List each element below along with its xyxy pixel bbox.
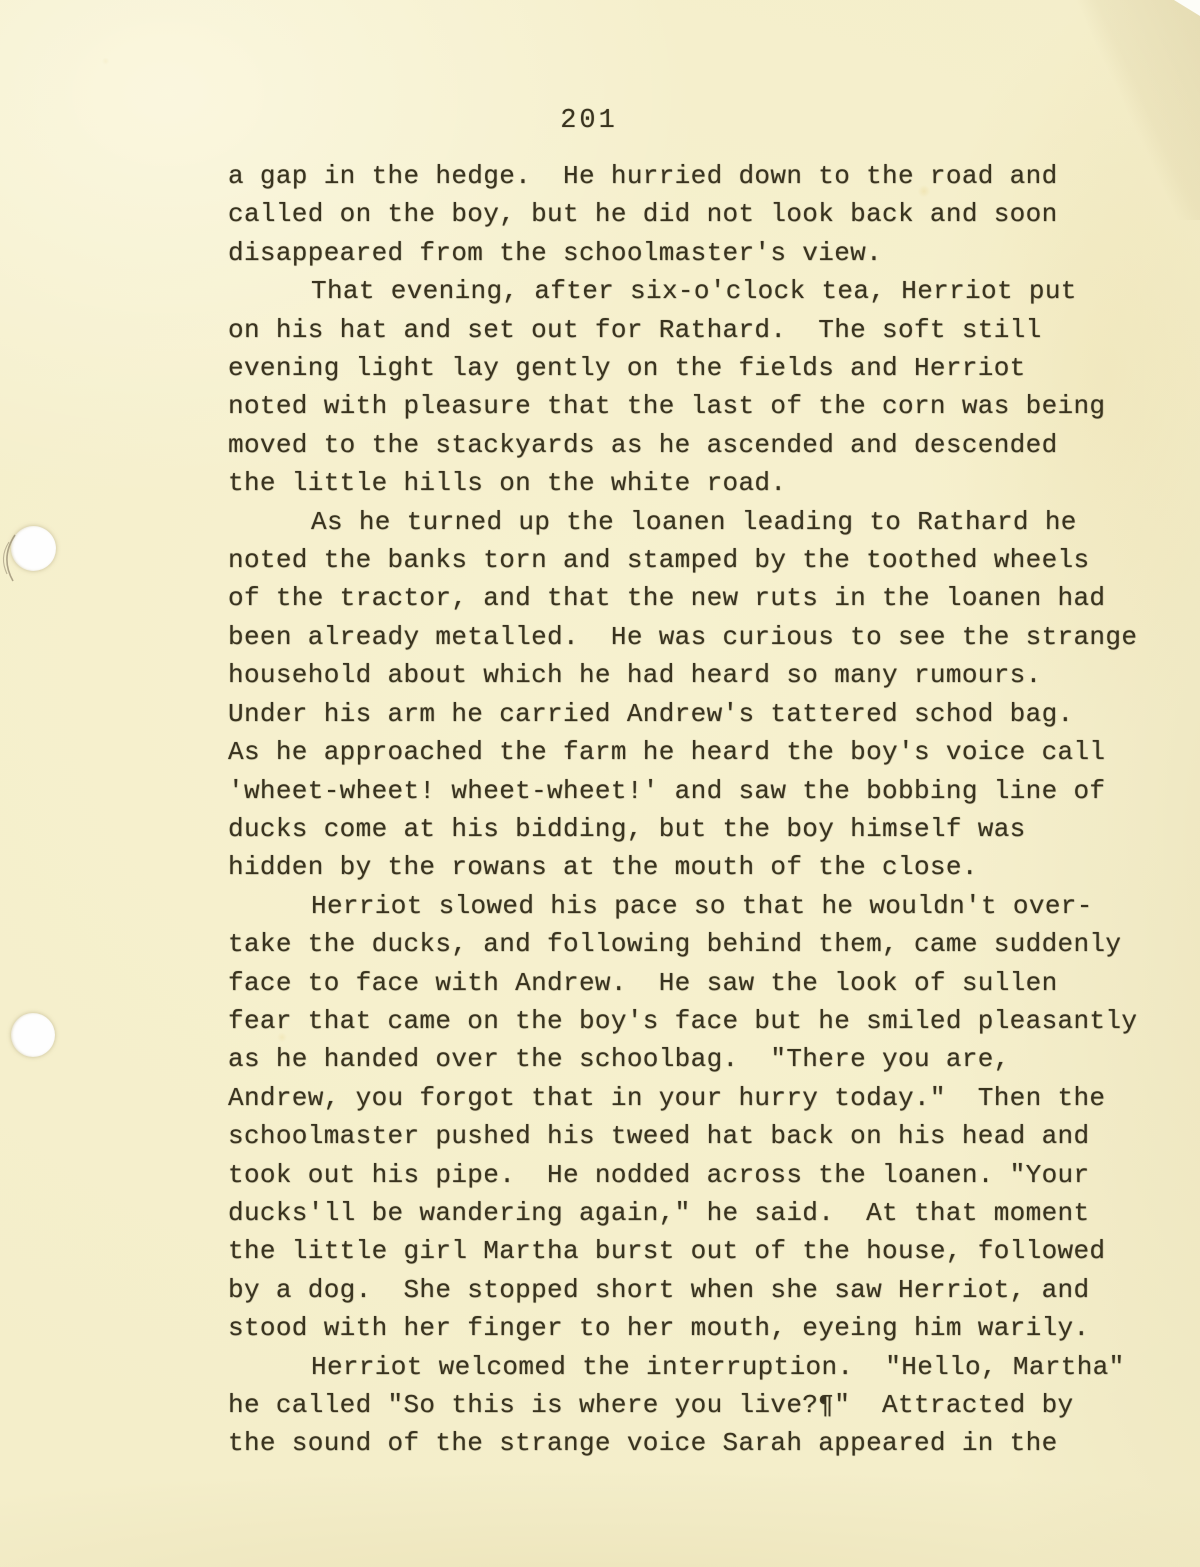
- page-corner-tip: [1174, 0, 1200, 16]
- text-line: a gap in the hedge. He hurried down to t…: [228, 157, 1163, 195]
- text-line: Herriot slowed his pace so that he would…: [228, 887, 1163, 925]
- text-line: took out his pipe. He nodded across the …: [228, 1156, 1163, 1194]
- text-line: as he handed over the schoolbag. "There …: [228, 1040, 1163, 1078]
- text-line: hidden by the rowans at the mouth of the…: [228, 848, 1163, 886]
- text-line: ducks come at his bidding, but the boy h…: [228, 810, 1163, 848]
- text-line: schoolmaster pushed his tweed hat back o…: [228, 1117, 1163, 1155]
- text-block: a gap in the hedge. He hurried down to t…: [228, 157, 1163, 1463]
- text-line: disappeared from the schoolmaster's view…: [228, 234, 1163, 272]
- text-line: the little hills on the white road.: [228, 464, 1163, 502]
- text-line: by a dog. She stopped short when she saw…: [228, 1271, 1163, 1309]
- text-line: called on the boy, but he did not look b…: [228, 195, 1163, 233]
- text-line: been already metalled. He was curious to…: [228, 618, 1163, 656]
- text-line: of the tractor, and that the new ruts in…: [228, 579, 1163, 617]
- manuscript-page: 201 a gap in the hedge. He hurried down …: [0, 0, 1200, 1567]
- text-line: evening light lay gently on the fields a…: [228, 349, 1163, 387]
- text-line: stood with her finger to her mouth, eyei…: [228, 1309, 1163, 1347]
- text-line: the sound of the strange voice Sarah app…: [228, 1424, 1163, 1462]
- text-line: fear that came on the boy's face but he …: [228, 1002, 1163, 1040]
- text-line: face to face with Andrew. He saw the loo…: [228, 964, 1163, 1002]
- text-line: noted with pleasure that the last of the…: [228, 387, 1163, 425]
- pencil-mark: [0, 532, 22, 584]
- text-line: Herriot welcomed the interruption. "Hell…: [228, 1348, 1163, 1386]
- text-line: ducks'll be wandering again," he said. A…: [228, 1194, 1163, 1232]
- paragraph: Herriot welcomed the interruption. "Hell…: [228, 1348, 1163, 1463]
- text-line: As he approached the farm he heard the b…: [228, 733, 1163, 771]
- text-line: noted the banks torn and stamped by the …: [228, 541, 1163, 579]
- text-line: 'wheet-wheet! wheet-wheet!' and saw the …: [228, 772, 1163, 810]
- text-line: That evening, after six-o'clock tea, Her…: [228, 272, 1163, 310]
- text-line: As he turned up the loanen leading to Ra…: [228, 503, 1163, 541]
- text-line: the little girl Martha burst out of the …: [228, 1232, 1163, 1270]
- paragraph: That evening, after six-o'clock tea, Her…: [228, 272, 1163, 502]
- text-line: he called "So this is where you live?¶" …: [228, 1386, 1163, 1424]
- text-line: Under his arm he carried Andrew's tatter…: [228, 695, 1163, 733]
- text-line: household about which he had heard so ma…: [228, 656, 1163, 694]
- hole-punch-bottom: [11, 1013, 55, 1057]
- paragraph: As he turned up the loanen leading to Ra…: [228, 503, 1163, 887]
- text-line: on his hat and set out for Rathard. The …: [228, 311, 1163, 349]
- page-number: 201: [0, 106, 1178, 136]
- text-line: take the ducks, and following behind the…: [228, 925, 1163, 963]
- paragraph: Herriot slowed his pace so that he would…: [228, 887, 1163, 1348]
- paragraph: a gap in the hedge. He hurried down to t…: [228, 157, 1163, 272]
- text-line: Andrew, you forgot that in your hurry to…: [228, 1079, 1163, 1117]
- text-line: moved to the stackyards as he ascended a…: [228, 426, 1163, 464]
